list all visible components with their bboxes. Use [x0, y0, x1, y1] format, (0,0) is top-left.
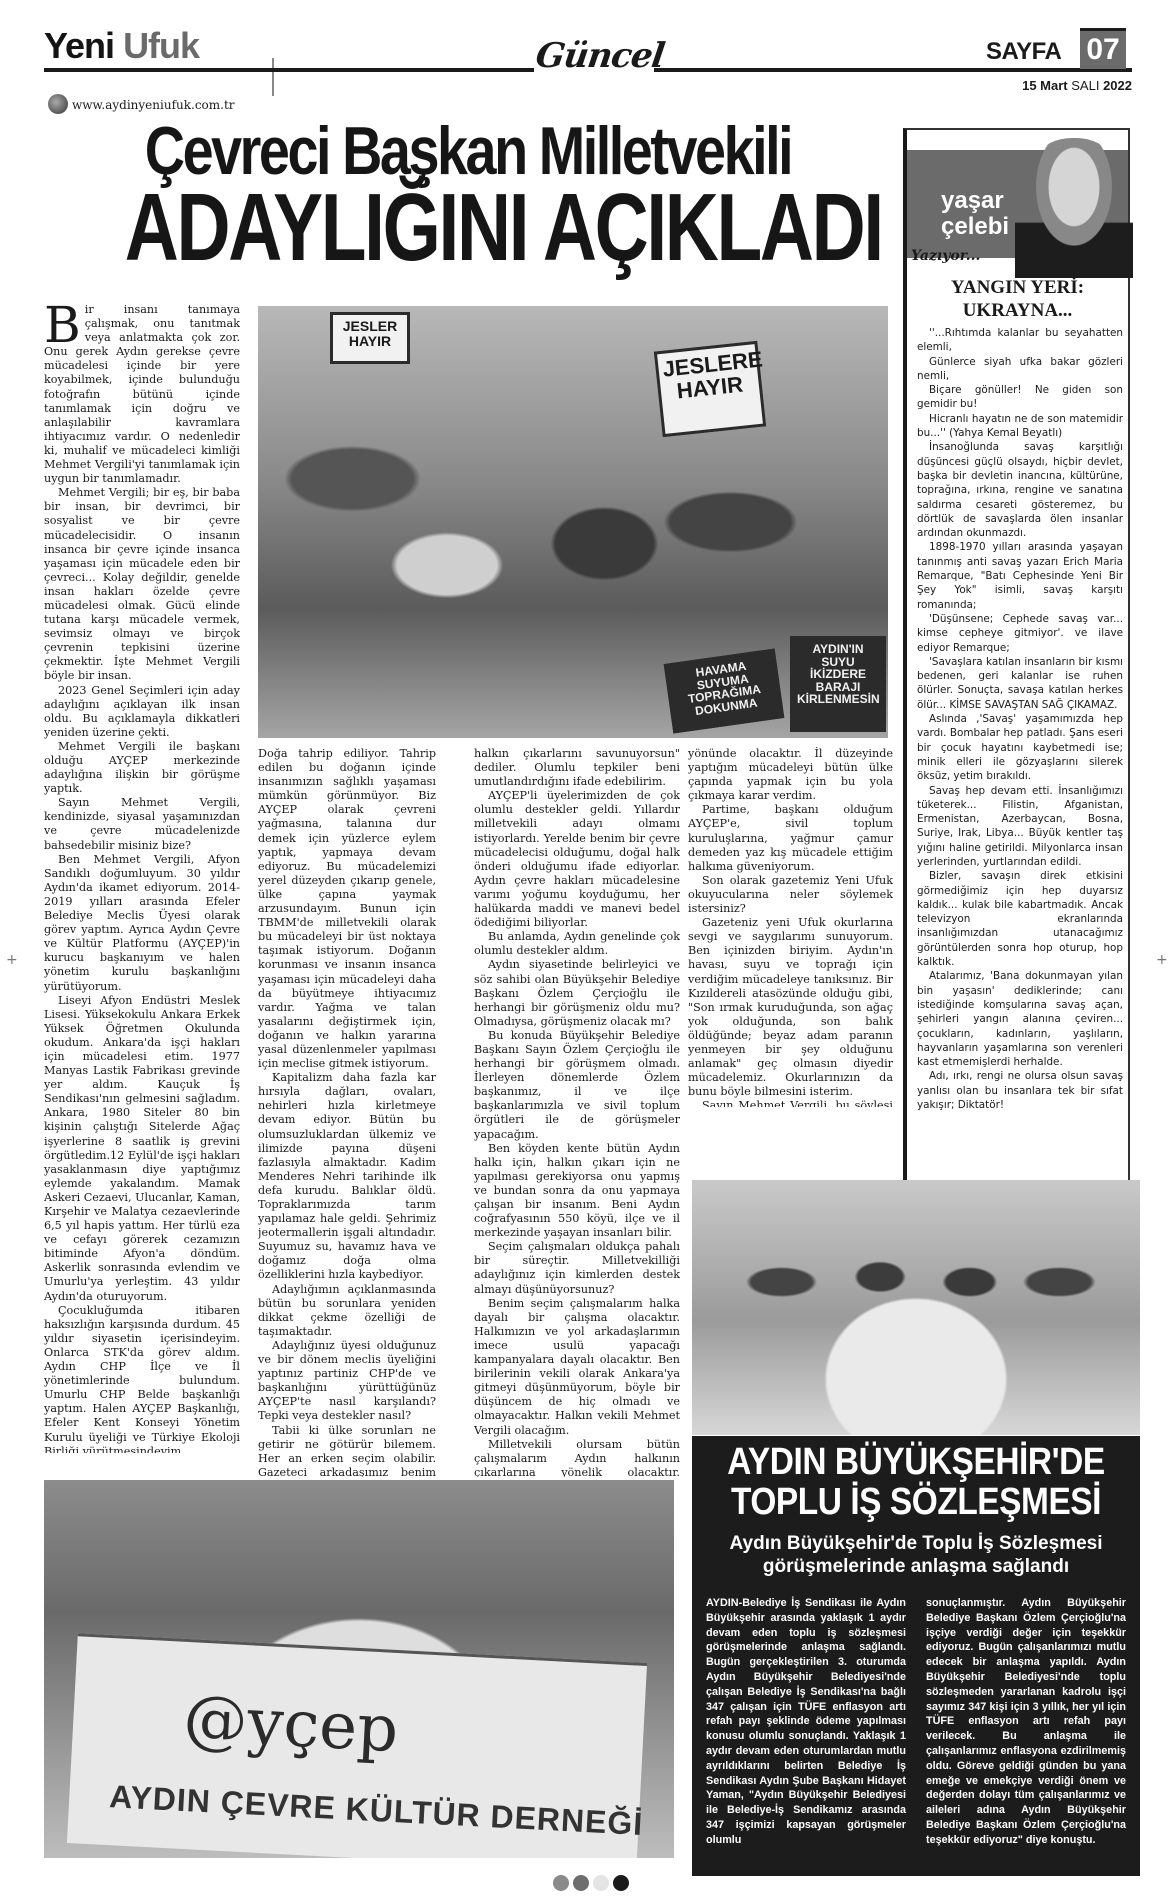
column-paragraph: İnsanoğlunda savaş karşıtlığı düşüncesi … — [917, 440, 1123, 540]
article-paragraph: Liseyi Afyon Endüstri Meslek Lisesi. Yük… — [44, 994, 240, 1304]
aycep-logo: @yçep — [182, 1682, 400, 1767]
interview-question: Son olarak gazetemiz Yeni Ufuk okuyucula… — [688, 874, 893, 916]
column-paragraph: Aslında ,'Savaş' yaşamımızda hep vardı. … — [917, 712, 1123, 783]
article-paragraph: Bu konuda Büyükşehir Belediye Başkanı Sa… — [474, 1029, 680, 1142]
association-banner: @yçep AYDIN ÇEVRE KÜLTÜR DERNEĞİ — [67, 1633, 647, 1858]
protest-photo: JESLER HAYIR JESLERE HAYIR HAVAMA SUYUMA… — [258, 306, 888, 738]
article-paragraph: Kapitalizm daha fazla kar hırsıyla dağla… — [258, 1071, 436, 1282]
photo-sign: JESLER HAYIR — [330, 312, 410, 364]
article-paragraph: AYÇEP'li üyelerimizden de çok olumlu des… — [474, 789, 680, 930]
column-title: YANGIN YERİ: UKRAYNA... — [907, 276, 1128, 322]
news-body-column-1: AYDIN-Belediye İş Sendikası ile Aydın Bü… — [706, 1596, 906, 1848]
interview-question: Seçim çalışmaları oldukça pahalı bir sür… — [474, 1240, 680, 1296]
article-paragraph: Bu anlamda, Aydın genelinde çok olumlu d… — [474, 930, 680, 958]
columnist-header: yaşar çelebi — [907, 150, 1128, 258]
banner-text: AYDIN ÇEVRE KÜLTÜR DERNEĞİ — [108, 1778, 644, 1843]
pager-dot[interactable] — [553, 1875, 569, 1891]
article-paragraph: Ben köyden kente bütün Aydın halkı için,… — [474, 1142, 680, 1241]
article-paragraph: Tabii ki ülke sorunları ne getirir ne gö… — [258, 1424, 436, 1478]
news-subheadline: Aydın Büyükşehir'de Toplu İş Sözleşmesi … — [692, 1532, 1140, 1578]
article-paragraph: Bir insanı tanımaya çalışmak, onu tanıtm… — [44, 303, 240, 486]
news-headline: AYDIN BÜYÜKŞEHİR'DE TOPLU İŞ SÖZLEŞMESİ — [719, 1442, 1113, 1522]
article-paragraph: Çocukluğumda itibaren haksızlığın karşıs… — [44, 1304, 240, 1453]
article-paragraph: yönünde olacaktır. İl düzeyinde yaptığım… — [688, 747, 893, 803]
globe-icon — [48, 94, 68, 114]
column-paragraph: 1898-1970 yılları arasında yaşayan tanın… — [917, 540, 1123, 611]
website-link[interactable]: www.aydinyeniufuk.com.tr — [72, 98, 235, 112]
photo-sign: HAVAMA SUYUMA TOPRAĞIMA DOKUNMA — [664, 649, 785, 734]
drop-cap: B — [44, 305, 81, 345]
article-column-2: Doğa tahrip ediliyor. Tahrip edilen bu d… — [258, 747, 436, 1477]
interview-question: Sayın Mehmet Vergili, kendinizde, siyasa… — [44, 796, 240, 852]
column-paragraph: 'Düşünsene; Cephede savaş var... kimse c… — [917, 612, 1123, 655]
registration-mark-icon: + — [1156, 952, 1168, 968]
page-label: SAYFA — [986, 38, 1061, 66]
article-column-4: yönünde olacaktır. İl düzeyinde yaptığım… — [688, 747, 893, 1107]
column-paragraph: ''...Rıhtımda kalanlar bu seyahatten ele… — [917, 326, 1123, 355]
article-paragraph: Ben Mehmet Vergili, Afyon Sandıklı doğum… — [44, 853, 240, 994]
issue-date: 15 Mart SALI 2022 — [1022, 78, 1132, 93]
column-paragraph: Atalarımız, 'Bana dokunmayan yılan bin y… — [917, 969, 1123, 1069]
column-body: ''...Rıhtımda kalanlar bu seyahatten ele… — [917, 326, 1123, 1112]
article-paragraph: Benim seçim çalışmalarım halka dayalı bi… — [474, 1297, 680, 1438]
news-box: AYDIN BÜYÜKŞEHİR'DE TOPLU İŞ SÖZLEŞMESİ … — [692, 1436, 1140, 1876]
article-paragraph: 2023 Genel Seçimleri için aday adaylığın… — [44, 684, 240, 740]
column-paragraph: Savaş hep devam etti. İnsanlığımızı tüke… — [917, 784, 1123, 870]
column-paragraph: 'Savaşlara katılan insanların bir kısmı … — [917, 655, 1123, 712]
column-paragraph: Günlerce siyah ufka bakar gözleri nemli, — [917, 355, 1123, 384]
article-paragraph: halkın çıkarlarını savunuyorsun" dediler… — [474, 747, 680, 789]
masthead-logo[interactable]: Yeni Ufuk — [44, 26, 199, 66]
column-paragraph: Bizler, savaşın direk etkisini görmediği… — [917, 869, 1123, 969]
interview-question: Aydın siyasetinde belirleyici ve söz sah… — [474, 958, 680, 1028]
interview-question: Adaylığınız üyesi olduğunuz ve bir dönem… — [258, 1339, 436, 1424]
main-headline: Çevreci Başkan Milletvekili ADAYLIĞINI A… — [28, 118, 908, 270]
masthead-divider — [272, 58, 274, 96]
meeting-photo — [692, 1180, 1140, 1435]
photo-sign: JESLERE HAYIR — [654, 341, 766, 437]
columnist-photo — [1015, 138, 1133, 278]
article-paragraph: Adaylığımın açıklanmasında bütün bu soru… — [258, 1283, 436, 1339]
news-body-column-2: sonuçlanmıştır. Aydın Büyükşehir Belediy… — [926, 1596, 1126, 1848]
header-rule-right — [654, 68, 1132, 72]
pager-dot[interactable] — [593, 1875, 609, 1891]
article-paragraph: Gazeteniz yeni Ufuk okurlarına sevgi ve … — [688, 916, 893, 1099]
column-paragraph: Biçare gönüller! Ne giden son gemidir bu… — [917, 383, 1123, 412]
page-pager — [553, 1875, 629, 1891]
article-paragraph: Mehmet Vergili; bir eş, bir baba bir ins… — [44, 486, 240, 683]
column-paragraph: Adı, ırkı, rengi ne olursa olsun savaş y… — [917, 1069, 1123, 1112]
column-paragraph: Hicranlı hayatın ne de son matemidir bu.… — [917, 412, 1123, 441]
article-paragraph: Mehmet Vergili ile başkanı olduğu AYÇEP … — [44, 740, 240, 796]
article-paragraph: Partime, başkanı olduğum AYÇEP'e, sivil … — [688, 803, 893, 873]
columnist-name: yaşar çelebi — [941, 188, 1009, 240]
headline-line-2: ADAYLIĞINI AÇIKLADI — [125, 186, 811, 270]
page-number: 07 — [1080, 28, 1126, 69]
masthead: Yeni Ufuk www.aydinyeniufuk.com.tr — [44, 26, 199, 66]
section-title: Güncel — [533, 36, 666, 76]
article-column-1: Bir insanı tanımaya çalışmak, onu tanıtm… — [44, 303, 240, 1453]
photo-sign: AYDIN'IN SUYU İKİZDERE BARAJI KİRLENMESİ… — [790, 636, 886, 732]
pager-dot[interactable] — [573, 1875, 589, 1891]
article-column-3: halkın çıkarlarını savunuyorsun" dediler… — [474, 747, 680, 1477]
article-paragraph: Milletvekili olursam bütün çalışmalarım … — [474, 1438, 680, 1477]
registration-mark-icon: + — [6, 952, 18, 968]
pager-dot-active[interactable] — [613, 1875, 629, 1891]
opinion-column-box: yaşar çelebi Yazıyor... YANGIN YERİ: UKR… — [903, 128, 1130, 1276]
writes-label: Yazıyor... — [911, 248, 980, 264]
march-photo: @yçep AYDIN ÇEVRE KÜLTÜR DERNEĞİ — [44, 1480, 674, 1858]
article-paragraph: Doğa tahrip ediliyor. Tahrip edilen bu d… — [258, 747, 436, 1071]
header-rule-left — [44, 68, 534, 72]
interview-question: Sayın Mehmet Vergili, bu söyleşi için ço… — [688, 1099, 893, 1107]
